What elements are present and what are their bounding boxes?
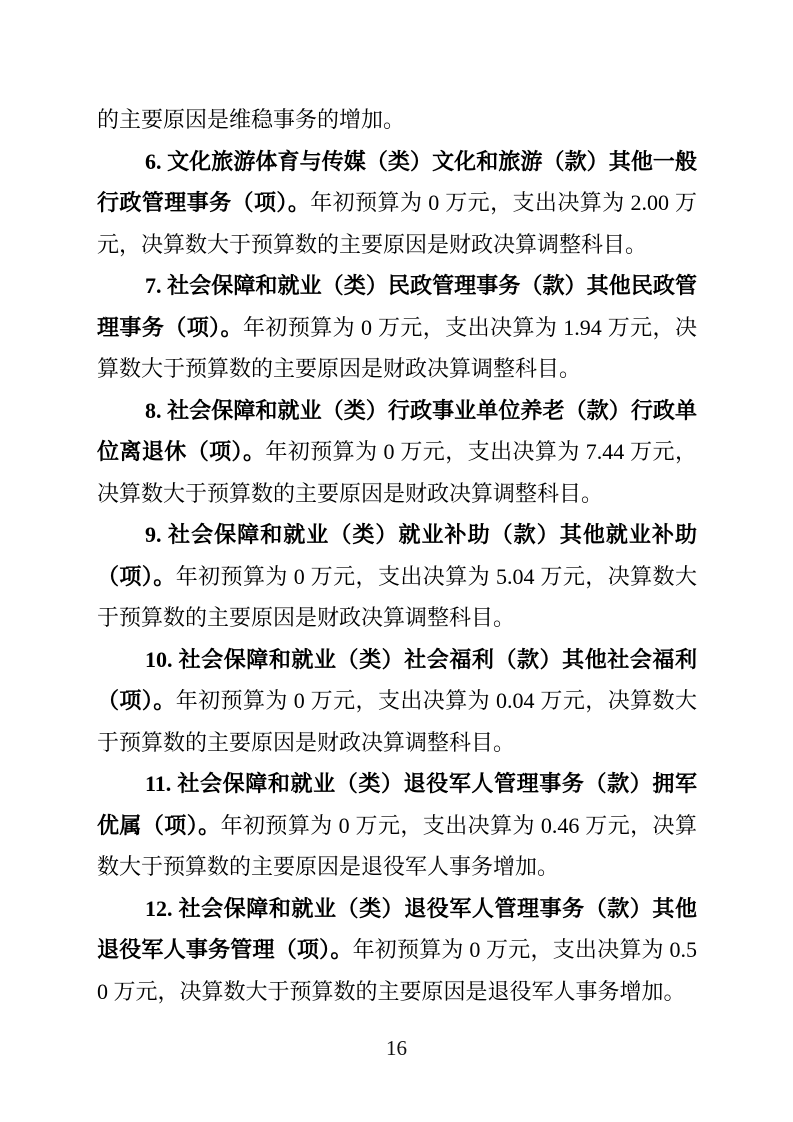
item-10-body: 年初预算为 0 万元，支出决算为 0.04 万元，决算数大于预算数的主要原因是财…	[97, 688, 697, 755]
paragraph-item-7: 7. 社会保障和就业（类）民政管理事务（款）其他民政管理事务（项）。年初预算为 …	[97, 265, 697, 390]
item-9-body: 年初预算为 0 万元，支出决算为 5.04 万元，决算数大于预算数的主要原因是财…	[97, 564, 697, 631]
paragraph-item-9: 9. 社会保障和就业（类）就业补助（款）其他就业补助（项）。年初预算为 0 万元…	[97, 514, 697, 639]
document-text-block: 的主要原因是维稳事务的增加。 6. 文化旅游体育与传媒（类）文化和旅游（款）其他…	[97, 99, 697, 1012]
paragraph-item-6: 6. 文化旅游体育与传媒（类）文化和旅游（款）其他一般行政管理事务（项）。年初预…	[97, 141, 697, 266]
page-number: 16	[0, 1036, 793, 1060]
paragraph-item-12: 12. 社会保障和就业（类）退役军人管理事务（款）其他退役军人事务管理（项）。年…	[97, 888, 697, 1013]
paragraph-item-11: 11. 社会保障和就业（类）退役军人管理事务（款）拥军优属（项）。年初预算为 0…	[97, 763, 697, 888]
paragraph-item-10: 10. 社会保障和就业（类）社会福利（款）其他社会福利（项）。年初预算为 0 万…	[97, 639, 697, 764]
paragraph-continuation: 的主要原因是维稳事务的增加。	[97, 99, 697, 141]
paragraph-item-8: 8. 社会保障和就业（类）行政事业单位养老（款）行政单位离退休（项）。年初预算为…	[97, 390, 697, 515]
paragraph-text: 的主要原因是维稳事务的增加。	[97, 107, 405, 132]
